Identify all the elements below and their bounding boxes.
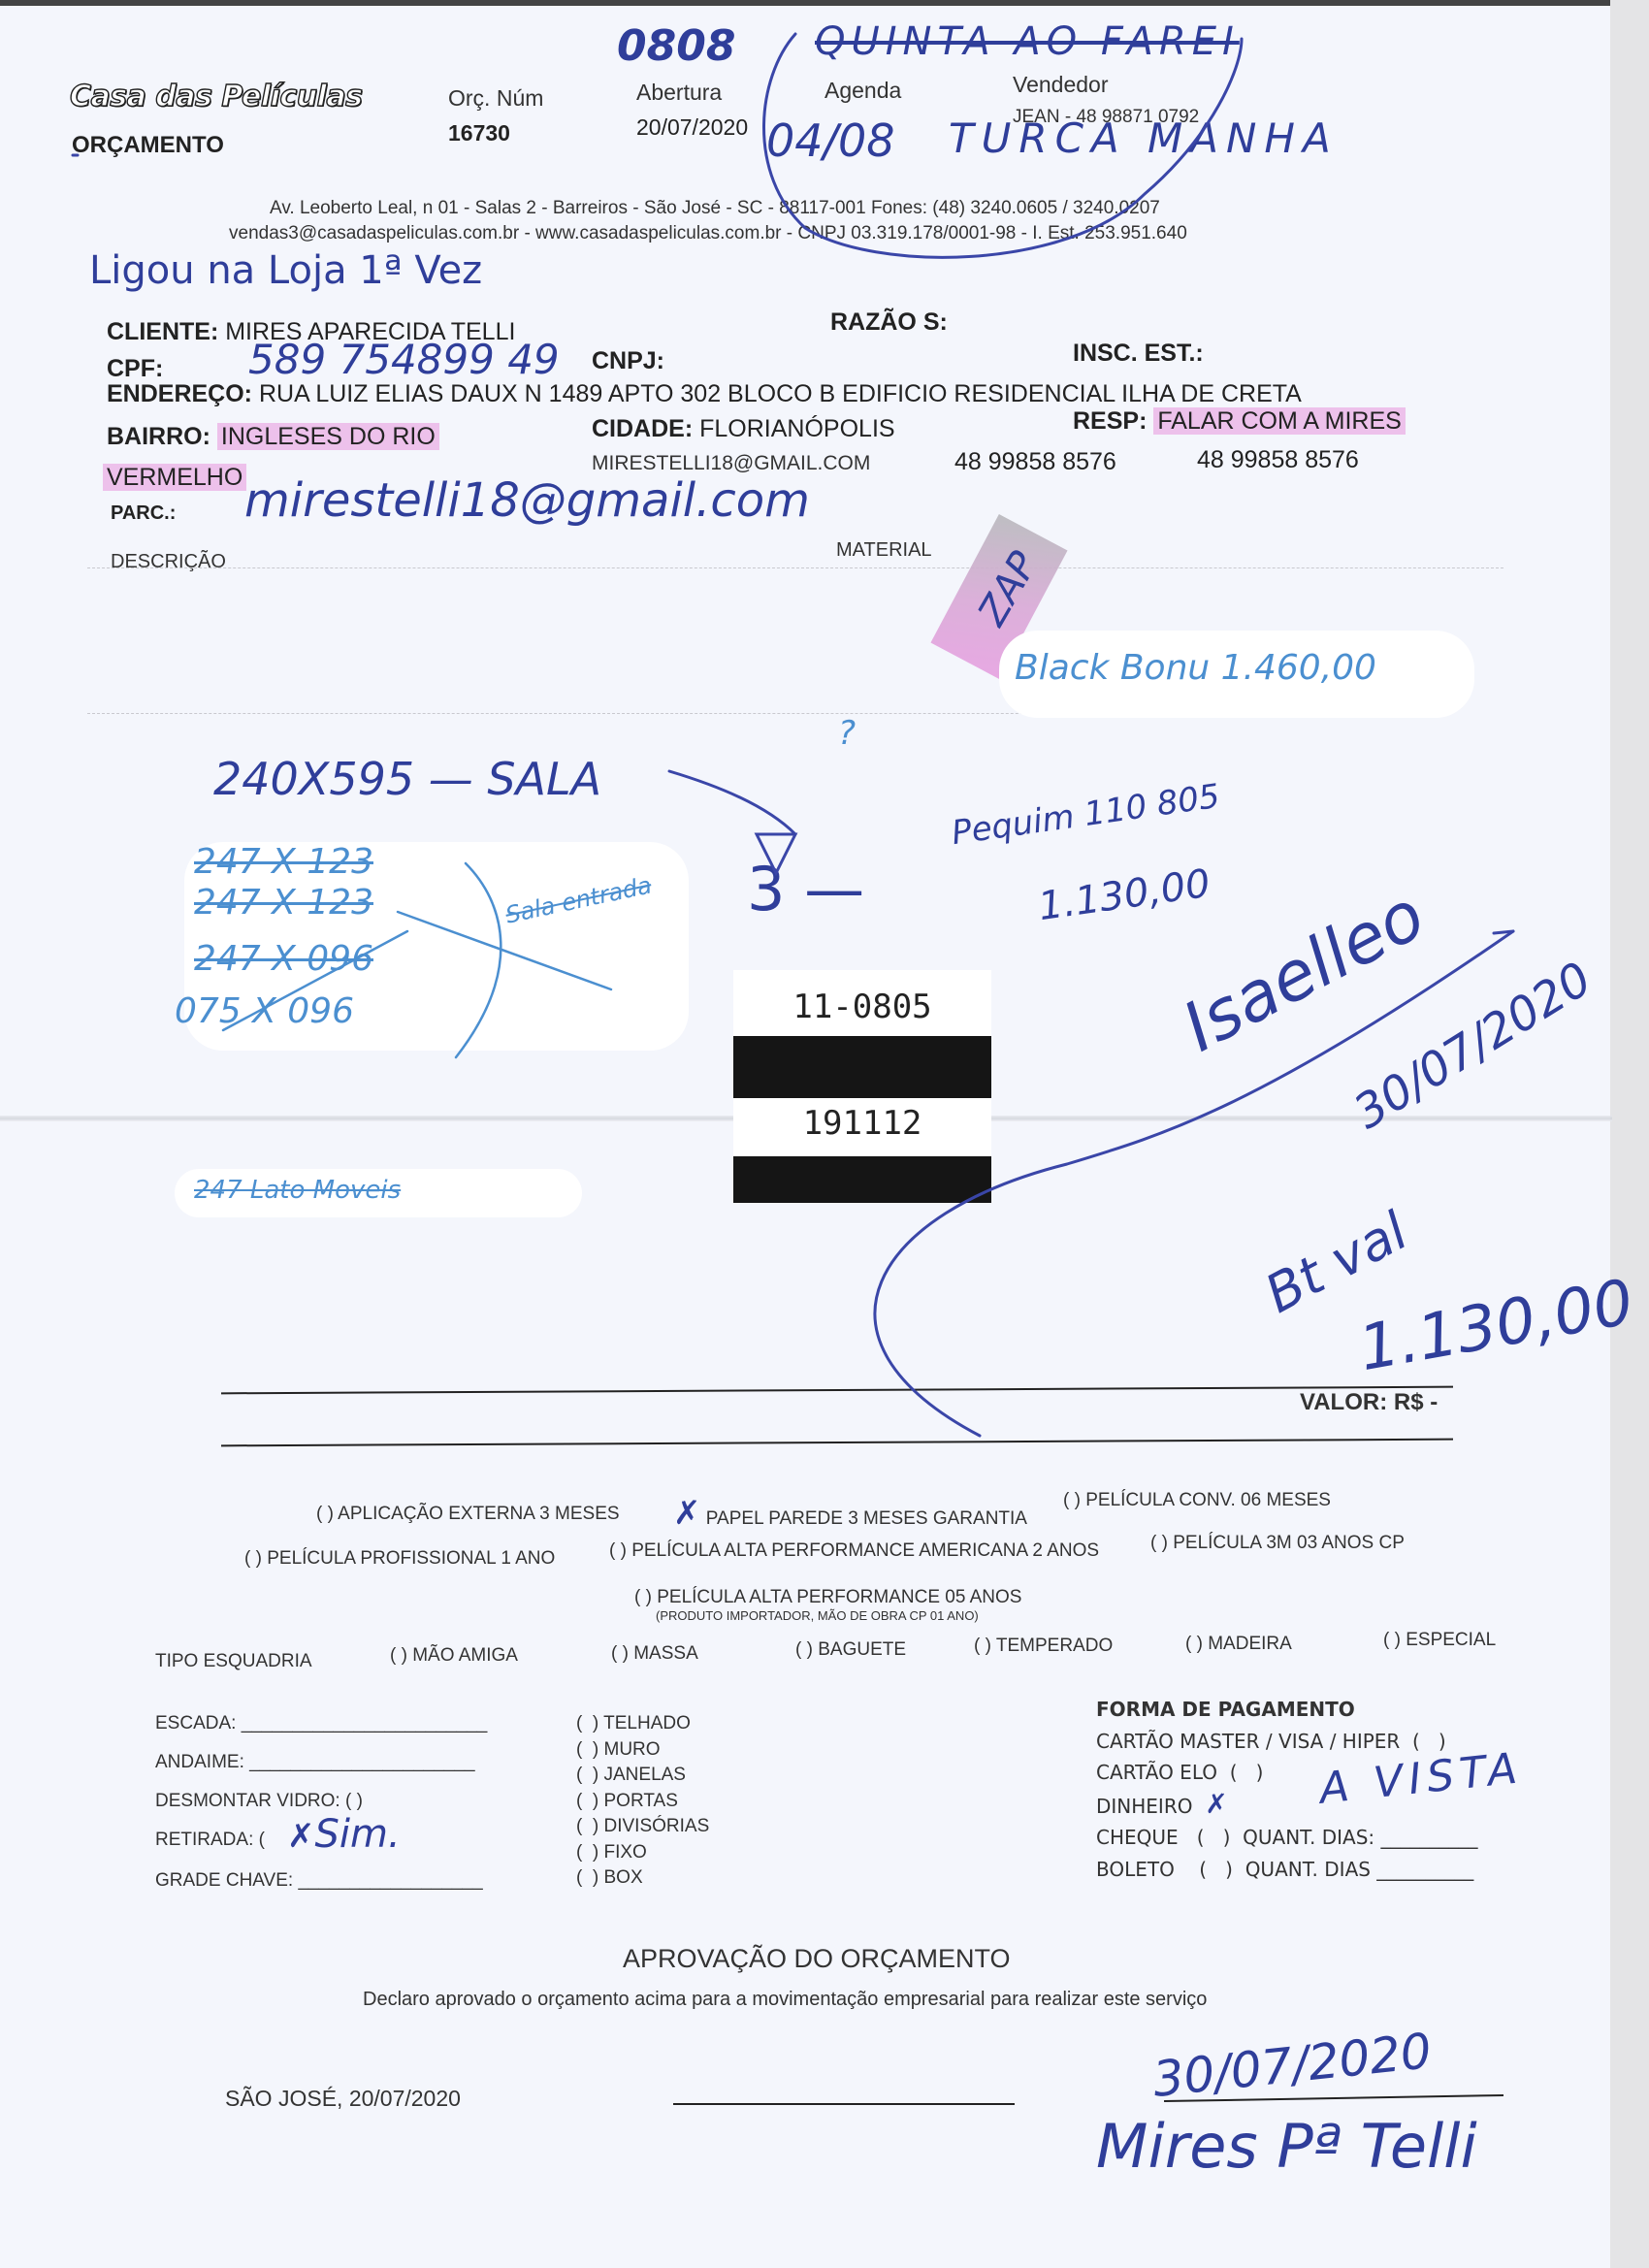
long-stroke xyxy=(875,931,1513,1436)
agenda-circle xyxy=(764,34,1243,257)
arrow-line xyxy=(669,771,795,834)
arrow-head xyxy=(757,834,795,873)
handwritten-strokes xyxy=(0,0,1649,2268)
bracket-stroke xyxy=(456,863,501,1057)
